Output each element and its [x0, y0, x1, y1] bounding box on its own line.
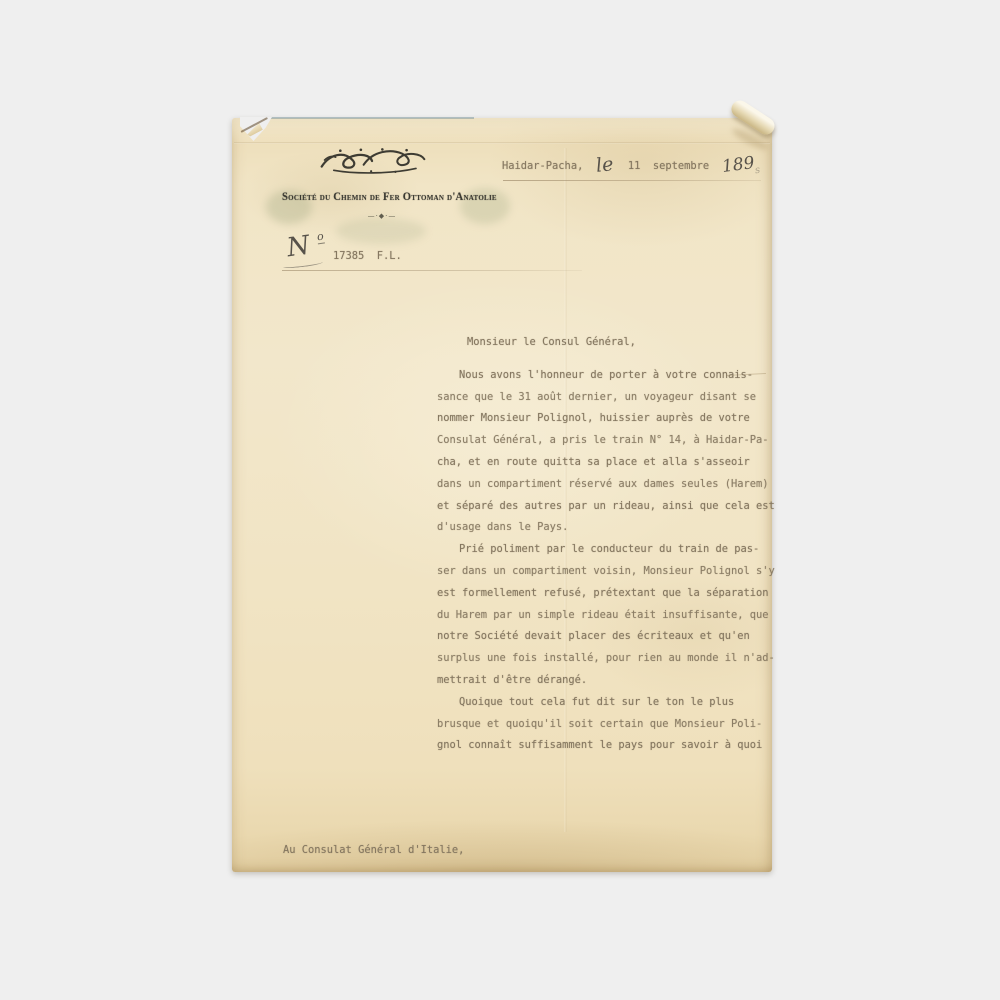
letter-body: Monsieur le Consul Général, Nous avons l…: [437, 332, 781, 757]
typed-line: Quoique tout cela fut dit sur le ton le …: [437, 692, 781, 714]
typed-line: brusque et quoiqu'il soit certain que Mo…: [437, 714, 781, 736]
paper-top-light-band: [232, 118, 772, 144]
typed-line: sance que le 31 août dernier, un voyageu…: [437, 387, 781, 409]
numero-script: N: [285, 231, 311, 264]
scan-background: Société du Chemin de Fer Ottoman d'Anato…: [0, 0, 1000, 1000]
typed-line: surplus une fois installé, pour rien au …: [437, 648, 781, 670]
salutation: Monsieur le Consul Général,: [467, 332, 781, 354]
company-name: Société du Chemin de Fer Ottoman d'Anato…: [282, 192, 492, 203]
typed-line: Prié poliment par le conducteur du train…: [437, 539, 781, 561]
dateline-place: Haidar-Pacha,: [502, 160, 583, 172]
paragraph: Quoique tout cela fut dit sur le ton le …: [437, 692, 781, 757]
recipient-line: Au Consulat Général d'Italie,: [283, 844, 464, 856]
handwritten-year-tail: s: [754, 165, 761, 177]
typed-line: gnol connaît suffisamment le pays pour s…: [437, 735, 781, 757]
reference-underline: [282, 270, 582, 271]
handwritten-year: 189: [721, 153, 756, 177]
letterhead-ornament: —·◆·—: [350, 212, 414, 220]
folded-corner-top-left: [240, 117, 272, 141]
typed-line: notre Société devait placer des écriteau…: [437, 626, 781, 648]
dateline-underline: [503, 180, 761, 181]
ottoman-calligraphy-icon: [317, 146, 429, 176]
paragraph: Nous avons l'honneur de porter à votre c…: [437, 365, 781, 539]
numero-superscript: o: [316, 230, 325, 245]
dateline-date: 11 septembre: [628, 160, 709, 172]
typed-line: du Harem par un simple rideau était insu…: [437, 605, 781, 627]
typed-line: d'usage dans le Pays.: [437, 517, 781, 539]
typed-line: dans un compartiment réservé aux dames s…: [437, 474, 781, 496]
typed-line: et séparé des autres par un rideau, ains…: [437, 496, 781, 518]
letter-paper: Société du Chemin de Fer Ottoman d'Anato…: [232, 118, 772, 872]
typed-line: est formellement refusé, prétextant que …: [437, 583, 781, 605]
typed-line: cha, et en route quitta sa place et alla…: [437, 452, 781, 474]
reference-number: 17385 F.L.: [333, 250, 402, 262]
typed-line: Consulat Général, a pris le train N° 14,…: [437, 430, 781, 452]
horizontal-fold-crease: [234, 142, 770, 144]
handwritten-le: le: [595, 153, 615, 177]
paragraph: Prié poliment par le conducteur du train…: [437, 539, 781, 692]
typed-line: ser dans un compartiment voisin, Monsieu…: [437, 561, 781, 583]
typed-line: nommer Monsieur Polignol, huissier auprè…: [437, 408, 781, 430]
dateline: Haidar-Pacha, le 11 septembre 189s: [502, 154, 760, 178]
typed-line: Nous avons l'honneur de porter à votre c…: [437, 365, 781, 387]
body-paragraphs: Nous avons l'honneur de porter à votre c…: [437, 365, 781, 757]
embossed-flourish-center: [336, 218, 426, 244]
typed-line: mettrait d'être dérangé.: [437, 670, 781, 692]
paper-top-edge-tint: [244, 117, 474, 119]
